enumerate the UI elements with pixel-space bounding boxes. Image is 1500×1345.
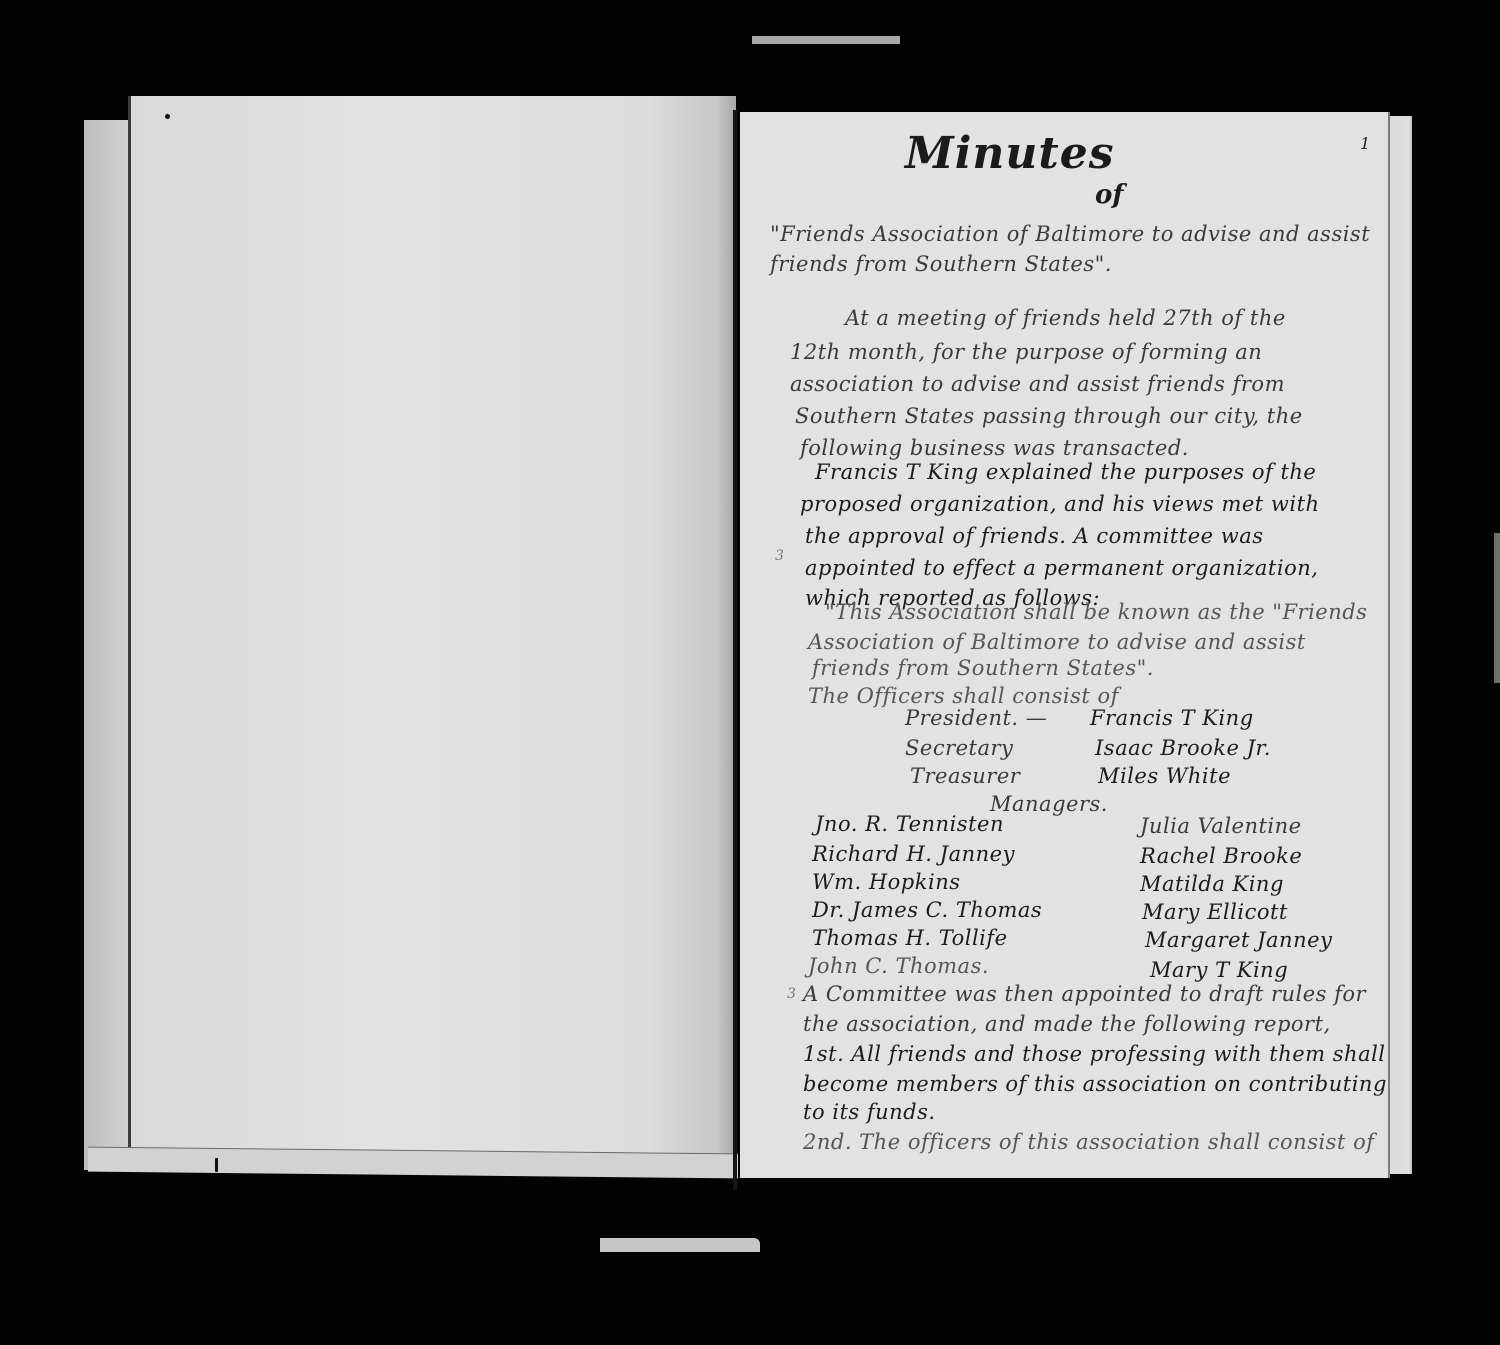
minutes-line: Association of Baltimore to advise and a… bbox=[808, 630, 1306, 654]
minutes-line: 1st. All friends and those professing wi… bbox=[803, 1042, 1386, 1066]
manager-right: Matilda King bbox=[1140, 872, 1284, 896]
manager-right: Julia Valentine bbox=[1140, 814, 1302, 838]
film-strip-top bbox=[752, 36, 900, 44]
minutes-line: 2nd. The officers of this association sh… bbox=[803, 1130, 1375, 1154]
manager-left: Dr. James C. Thomas bbox=[812, 898, 1042, 922]
subtitle-line: friends from Southern States". bbox=[770, 252, 1112, 276]
minutes-line: Francis T King explained the purposes of… bbox=[815, 460, 1316, 484]
minutes-line: the approval of friends. A committee was bbox=[805, 524, 1264, 548]
officer-name: Miles White bbox=[1098, 764, 1231, 788]
officer-name: Isaac Brooke Jr. bbox=[1095, 736, 1271, 760]
left-page-blank bbox=[128, 96, 736, 1154]
minutes-line: appointed to effect a permanent organiza… bbox=[805, 556, 1318, 580]
film-strip-right bbox=[1494, 533, 1500, 683]
minutes-line: 12th month, for the purpose of forming a… bbox=[790, 340, 1262, 364]
manager-left: Wm. Hopkins bbox=[812, 870, 961, 894]
officer-role: Secretary bbox=[905, 736, 1013, 760]
officer-name: Francis T King bbox=[1090, 706, 1254, 730]
manager-left: Jno. R. Tennisten bbox=[815, 812, 1004, 836]
film-strip-bottom bbox=[600, 1238, 760, 1252]
page-title: Minutes bbox=[905, 128, 1115, 179]
subtitle-line: "Friends Association of Baltimore to adv… bbox=[770, 222, 1370, 246]
manager-left: Thomas H. Tollife bbox=[812, 926, 1008, 950]
margin-mark: 3 bbox=[775, 548, 784, 564]
paper-tick-mark bbox=[215, 1158, 218, 1172]
minutes-line: become members of this association on co… bbox=[803, 1072, 1387, 1096]
manager-right: Mary T King bbox=[1150, 958, 1288, 982]
minutes-line: At a meeting of friends held 27th of the bbox=[845, 306, 1286, 330]
minutes-line: association to advise and assist friends… bbox=[790, 372, 1285, 396]
manager-right: Mary Ellicott bbox=[1142, 900, 1288, 924]
officer-role: President. — bbox=[905, 706, 1047, 730]
page-number: 1 bbox=[1360, 134, 1370, 153]
minutes-line: proposed organization, and his views met… bbox=[800, 492, 1320, 516]
minutes-line: "This Association shall be known as the … bbox=[825, 600, 1367, 624]
minutes-line: The Officers shall consist of bbox=[808, 684, 1119, 708]
minutes-line: the association, and made the following … bbox=[803, 1012, 1331, 1036]
minutes-line: following business was transacted. bbox=[800, 436, 1189, 460]
manager-left: John C. Thomas. bbox=[808, 954, 989, 978]
manager-right: Margaret Janney bbox=[1145, 928, 1332, 952]
officer-role: Treasurer bbox=[910, 764, 1020, 788]
minutes-line: friends from Southern States". bbox=[812, 656, 1154, 680]
manager-left: Richard H. Janney bbox=[812, 842, 1015, 866]
minutes-line: Southern States passing through our city… bbox=[795, 404, 1303, 428]
book-gutter bbox=[733, 110, 737, 1190]
margin-mark: 3 bbox=[787, 986, 796, 1002]
paper-speck bbox=[165, 114, 170, 119]
manager-right: Rachel Brooke bbox=[1140, 844, 1302, 868]
managers-heading: Managers. bbox=[990, 792, 1108, 816]
minutes-line: to its funds. bbox=[803, 1100, 936, 1124]
page-title-of: of bbox=[1095, 180, 1124, 210]
minutes-line: A Committee was then appointed to draft … bbox=[803, 982, 1366, 1006]
